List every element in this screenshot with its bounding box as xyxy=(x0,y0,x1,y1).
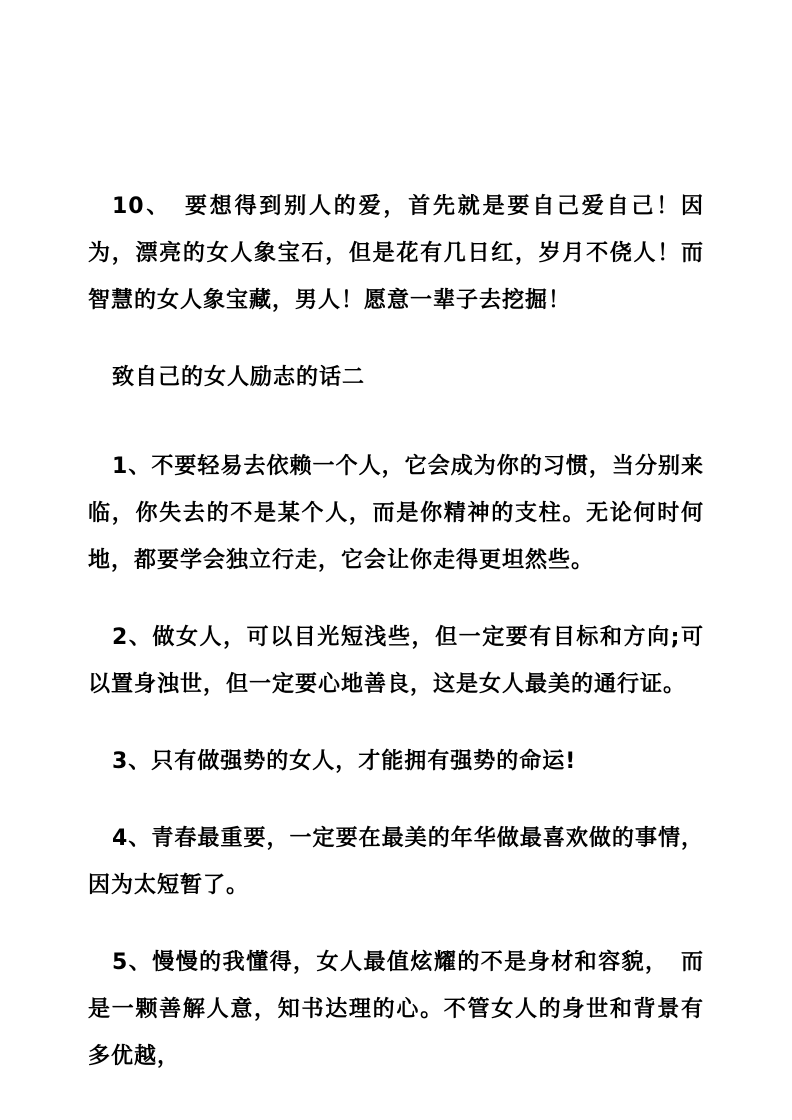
paragraph-quote-3: 3、只有做强势的女人，才能拥有强势的命运! xyxy=(88,738,704,785)
section-title: 致自己的女人励志的话二 xyxy=(88,354,704,401)
paragraph-quote-10: 10、 要想得到别人的爱，首先就是要自己爱自己！因为，漂亮的女人象宝石，但是花有… xyxy=(88,183,704,324)
paragraph-quote-2: 2、做女人，可以目光短浅些，但一定要有目标和方向;可以置身浊世，但一定要心地善良… xyxy=(88,614,704,708)
document-page: 10、 要想得到别人的爱，首先就是要自己爱自己！因为，漂亮的女人象宝石，但是花有… xyxy=(0,0,792,1120)
paragraph-quote-1: 1、不要轻易去依赖一个人，它会成为你的习惯，当分别来临，你失去的不是某个人，而是… xyxy=(88,443,704,584)
paragraph-quote-4: 4、青春最重要，一定要在最美的年华做最喜欢做的事情，因为太短暂了。 xyxy=(88,815,704,909)
paragraph-quote-5: 5、慢慢的我懂得，女人最值炫耀的不是身材和容貌， 而是一颗善解人意，知书达理的心… xyxy=(88,939,704,1080)
